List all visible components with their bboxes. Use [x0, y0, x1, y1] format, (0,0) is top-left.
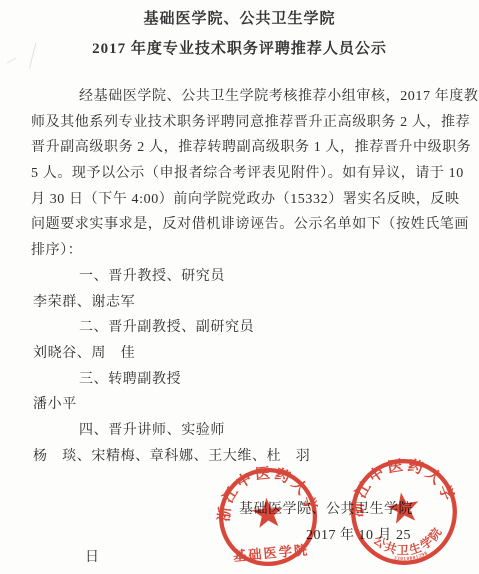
section-heading-professor: 一、晋升教授、研究员 [31, 264, 445, 290]
signature-organization: 基础医学院、公共卫生学院 [0, 498, 413, 518]
section-names-lecturer: 杨 琰、宋精梅、章科娜、王大维、杜 羽 [31, 444, 445, 470]
section-names-transfer-associate: 潘小平 [31, 392, 445, 418]
scanned-document-page: 基础医学院、公共卫生学院 2017 年度专业技术职务评聘推荐人员公示 经基础医学… [0, 0, 479, 574]
section-names-professor: 李荣群、谢志军 [31, 290, 445, 316]
paragraph-line: 晋升副高级职务 2 人，推荐转聘副高级职务 1 人，推荐晋升中级职务 [31, 135, 445, 161]
section-heading-lecturer: 四、晋升讲师、实验师 [31, 418, 445, 444]
recommendation-list: 一、晋升教授、研究员 李荣群、谢志军 二、晋升副教授、副研究员 刘晓谷、周 佳 … [31, 264, 445, 470]
paragraph-line: 经基础医学院、公共卫生学院考核推荐小组审核，2017 年度教 [31, 84, 445, 110]
svg-text:33010801298: 33010801298 [393, 551, 430, 565]
section-heading-transfer-associate: 三、转聘副教授 [31, 367, 445, 393]
seal-serial-number: 33010801298 [393, 551, 430, 565]
signature-date-wrap: 日 [85, 546, 99, 566]
doc-title: 基础医学院、公共卫生学院 [0, 7, 479, 28]
paragraph-line: 师及其他系列专业技术职务评聘同意推荐晋升正高级职务 2 人，推荐 [31, 110, 445, 136]
paragraph-line: 5 人。现予以公示（申报者综合考评表见附件）。如有异议，请于 10 [31, 161, 445, 187]
doc-subtitle: 2017 年度专业技术职务评聘推荐人员公示 [0, 37, 479, 58]
section-heading-associate-professor: 二、晋升副教授、副研究员 [31, 315, 445, 341]
paragraph-line: 月 30 日（下午 4:00）前向学院党政办（15332）署实名反映，反映 [31, 187, 445, 213]
paragraph-line: 排序）： [31, 238, 445, 264]
seal-college-text: 基础医学院 [232, 541, 309, 564]
notice-paragraph: 经基础医学院、公共卫生学院考核推荐小组审核，2017 年度教 师及其他系列专业技… [31, 84, 445, 264]
signature-date: 2017 年 10 月 25 [0, 524, 411, 544]
scan-artifact [6, 57, 16, 63]
section-names-associate-professor: 刘晓谷、周 佳 [31, 341, 445, 367]
paragraph-line: 问题要求实事求是，反对借机诽谤诬告。公示名单如下（按姓氏笔画 [31, 212, 445, 238]
